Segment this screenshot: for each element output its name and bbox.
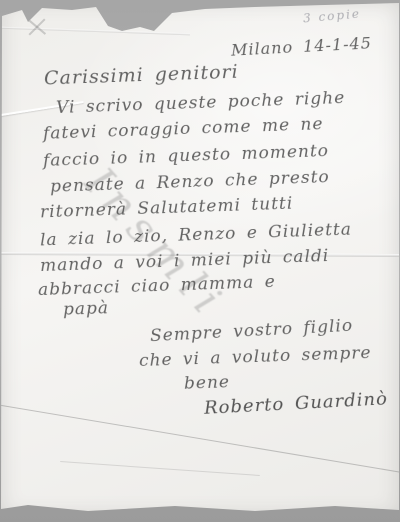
date-line: Milano 14-1-45 xyxy=(231,33,373,59)
tear-crease-bottom-2 xyxy=(60,461,260,476)
body-line: pensate a Renzo che presto xyxy=(50,167,330,197)
tear-scuff xyxy=(28,19,46,35)
closing-line: Sempre vostro figlio xyxy=(150,316,354,347)
signature: Roberto Guardinò xyxy=(204,388,389,419)
salutation: Carissimi genitori xyxy=(44,61,239,90)
body-line: faccio io in questo momento xyxy=(43,141,330,171)
closing-line: che vi a voluto sempre xyxy=(139,343,372,371)
body-line: fatevi coraggio come me ne xyxy=(43,114,324,144)
fold-crease-top xyxy=(0,27,190,36)
tear-scuff xyxy=(29,19,46,36)
closing-line: bene xyxy=(184,372,231,394)
body-line: abbracci ciao mamma e xyxy=(38,272,276,300)
body-line: papà xyxy=(63,298,110,320)
tear-crease-bottom xyxy=(0,404,400,473)
letter-paper: Insmli 3 copie Milano 14-1-45 Carissimi … xyxy=(0,0,400,517)
body-line: Vi scrivo queste poche righe xyxy=(56,88,346,118)
pencil-note: 3 copie xyxy=(303,6,362,25)
letter-photo: Insmli 3 copie Milano 14-1-45 Carissimi … xyxy=(0,0,400,522)
